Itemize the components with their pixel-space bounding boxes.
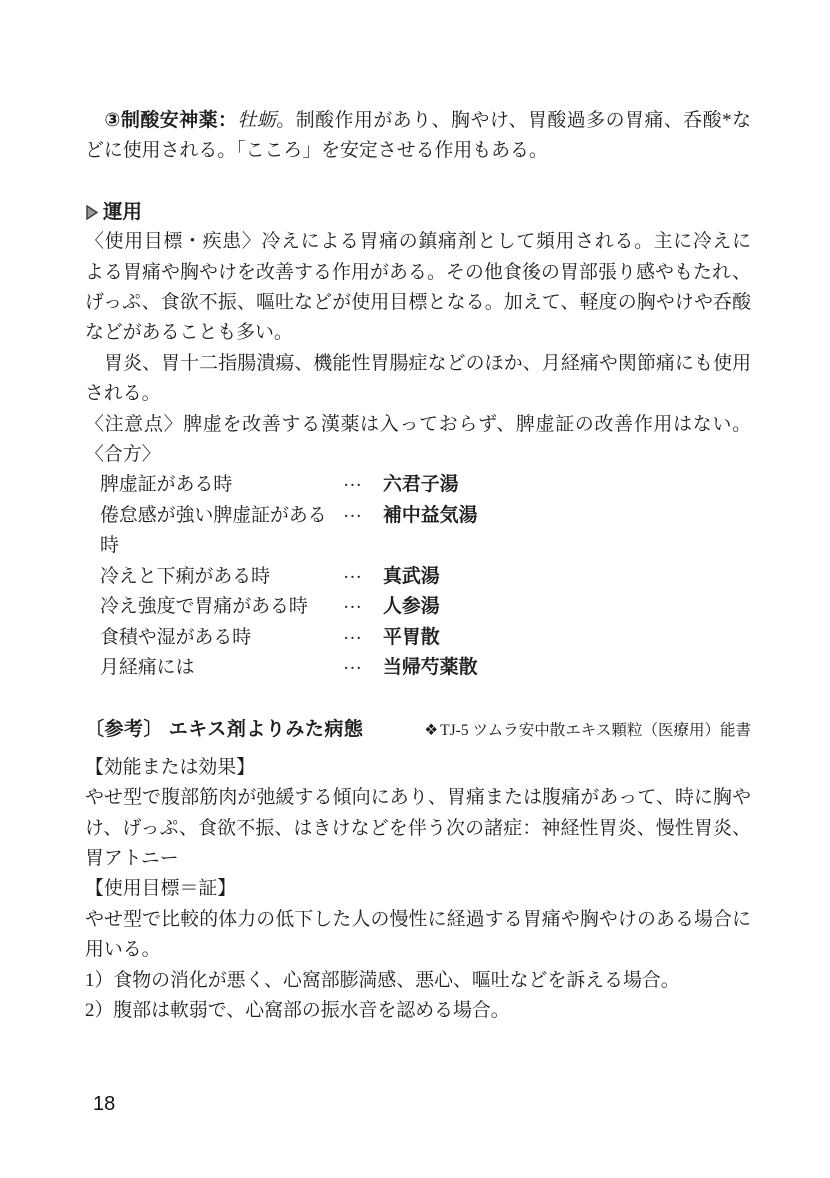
leader-dots: … xyxy=(343,497,383,558)
reference-header: 〔参考〕 エキス剤よりみた病態 ❖TJ-5 ツムラ安中散エキス顆粒（医療用）能書 xyxy=(85,715,751,746)
formula-name: 真武湯 xyxy=(383,562,440,592)
page-number: 18 xyxy=(93,1093,115,1116)
text-line: やせ型で比較的体力の低下した人の慢性に経過する胃痛や胸やけのある場合に xyxy=(85,905,751,935)
combination-row: 冷えと下痢がある時…真武湯 xyxy=(85,562,751,592)
section-heading-unyo: 運用 xyxy=(85,197,751,227)
combination-row: 冷え強度で胃痛がある時…人参湯 xyxy=(85,592,751,622)
text-line: 胃アトニー xyxy=(85,844,751,874)
text-line: される。 xyxy=(85,379,751,409)
formula-name: 六君子湯 xyxy=(383,470,459,500)
combination-condition: 月経痛には xyxy=(100,653,343,683)
right-triangle-icon xyxy=(85,204,99,221)
leader-dots: … xyxy=(343,558,383,588)
text-line: などがあることも多い。 xyxy=(85,318,751,348)
diamond-cluster-icon: ❖ xyxy=(424,722,438,739)
formula-name: 人参湯 xyxy=(383,592,440,622)
leader-dots: … xyxy=(343,588,383,618)
section-heading-label: 運用 xyxy=(103,197,142,227)
reference-title: 〔参考〕 エキス剤よりみた病態 xyxy=(85,715,363,745)
combination-condition: 倦怠感が強い脾虚証がある時 xyxy=(100,501,343,562)
intro-line-1: ③制酸安神薬：牡蛎。制酸作用があり、胸やけ、胃酸過多の胃痛、呑酸*な xyxy=(85,106,751,136)
combination-condition: 冷え強度で胃痛がある時 xyxy=(100,592,343,622)
text-line: 〈使用目標・疾患〉冷えによる胃痛の鎮痛剤として頻用される。主に冷えに xyxy=(85,227,751,257)
combination-condition: 冷えと下痢がある時 xyxy=(100,562,343,592)
text-line: け、げっぷ、食欲不振、はきけなどを伴う次の諸症：神経性胃炎、慢性胃炎、 xyxy=(85,814,751,844)
text-line: やせ型で腹部筋肉が弛緩する傾向にあり、胃痛または腹痛があって、時に胸や xyxy=(85,783,751,813)
numbered-item: 1）食物の消化が悪く、心窩部膨満感、悪心、嘔吐などを訴える場合。 xyxy=(85,966,751,996)
text-line: 用いる。 xyxy=(85,935,751,965)
combination-row: 脾虚証がある時…六君子湯 xyxy=(85,470,751,500)
book-page: ③制酸安神薬：牡蛎。制酸作用があり、胸やけ、胃酸過多の胃痛、呑酸*な どに使用さ… xyxy=(0,0,830,1178)
intro-rest: 。制酸作用があり、胸やけ、胃酸過多の胃痛、呑酸*な xyxy=(276,110,751,131)
combination-row: 月経痛には…当帰芍薬散 xyxy=(85,653,751,683)
combination-row: 食積や湿がある時…平胃散 xyxy=(85,623,751,653)
formula-name: 当帰芍薬散 xyxy=(383,653,477,683)
efficacy-heading: 【効能または効果】 xyxy=(85,753,751,783)
target-heading: 【使用目標＝証】 xyxy=(85,874,751,904)
formula-name: 補中益気湯 xyxy=(383,501,477,562)
combination-row: 倦怠感が強い脾虚証がある時…補中益気湯 xyxy=(85,501,751,562)
numbered-item: 2）腹部は軟弱で、心窩部の振水音を認める場合。 xyxy=(85,996,751,1026)
text-line: 〈合方〉 xyxy=(85,440,751,470)
text-column: ③制酸安神薬：牡蛎。制酸作用があり、胸やけ、胃酸過多の胃痛、呑酸*な どに使用さ… xyxy=(85,106,751,1026)
text-line: よる胃痛や胸やけを改善する作用がある。その他食後の胃部張り感やもたれ、 xyxy=(85,258,751,288)
reference-source: ❖TJ-5 ツムラ安中散エキス顆粒（医療用）能書 xyxy=(424,716,751,746)
intro-line-2: どに使用される。「こころ」を安定させる作用もある。 xyxy=(85,136,751,166)
text-line: 〈注意点〉脾虚を改善する漢薬は入っておらず、脾虚証の改善作用はない。 xyxy=(85,410,751,440)
leader-dots: … xyxy=(343,649,383,679)
leader-dots: … xyxy=(343,619,383,649)
text-line: 胃炎、胃十二指腸潰瘍、機能性胃腸症などのほか、月経痛や関節痛にも使用 xyxy=(85,349,751,379)
crude-drug-name: 牡蛎 xyxy=(237,110,276,131)
reference-source-text: TJ-5 ツムラ安中散エキス顆粒（医療用）能書 xyxy=(440,722,751,739)
formula-name: 平胃散 xyxy=(383,623,440,653)
intro-term: ③制酸安神薬： xyxy=(85,110,237,131)
text-line: げっぷ、食欲不振、嘔吐などが使用目標となる。加えて、軽度の胸やけや呑酸 xyxy=(85,288,751,318)
combination-condition: 脾虚証がある時 xyxy=(100,470,343,500)
leader-dots: … xyxy=(343,466,383,496)
combination-condition: 食積や湿がある時 xyxy=(100,623,343,653)
